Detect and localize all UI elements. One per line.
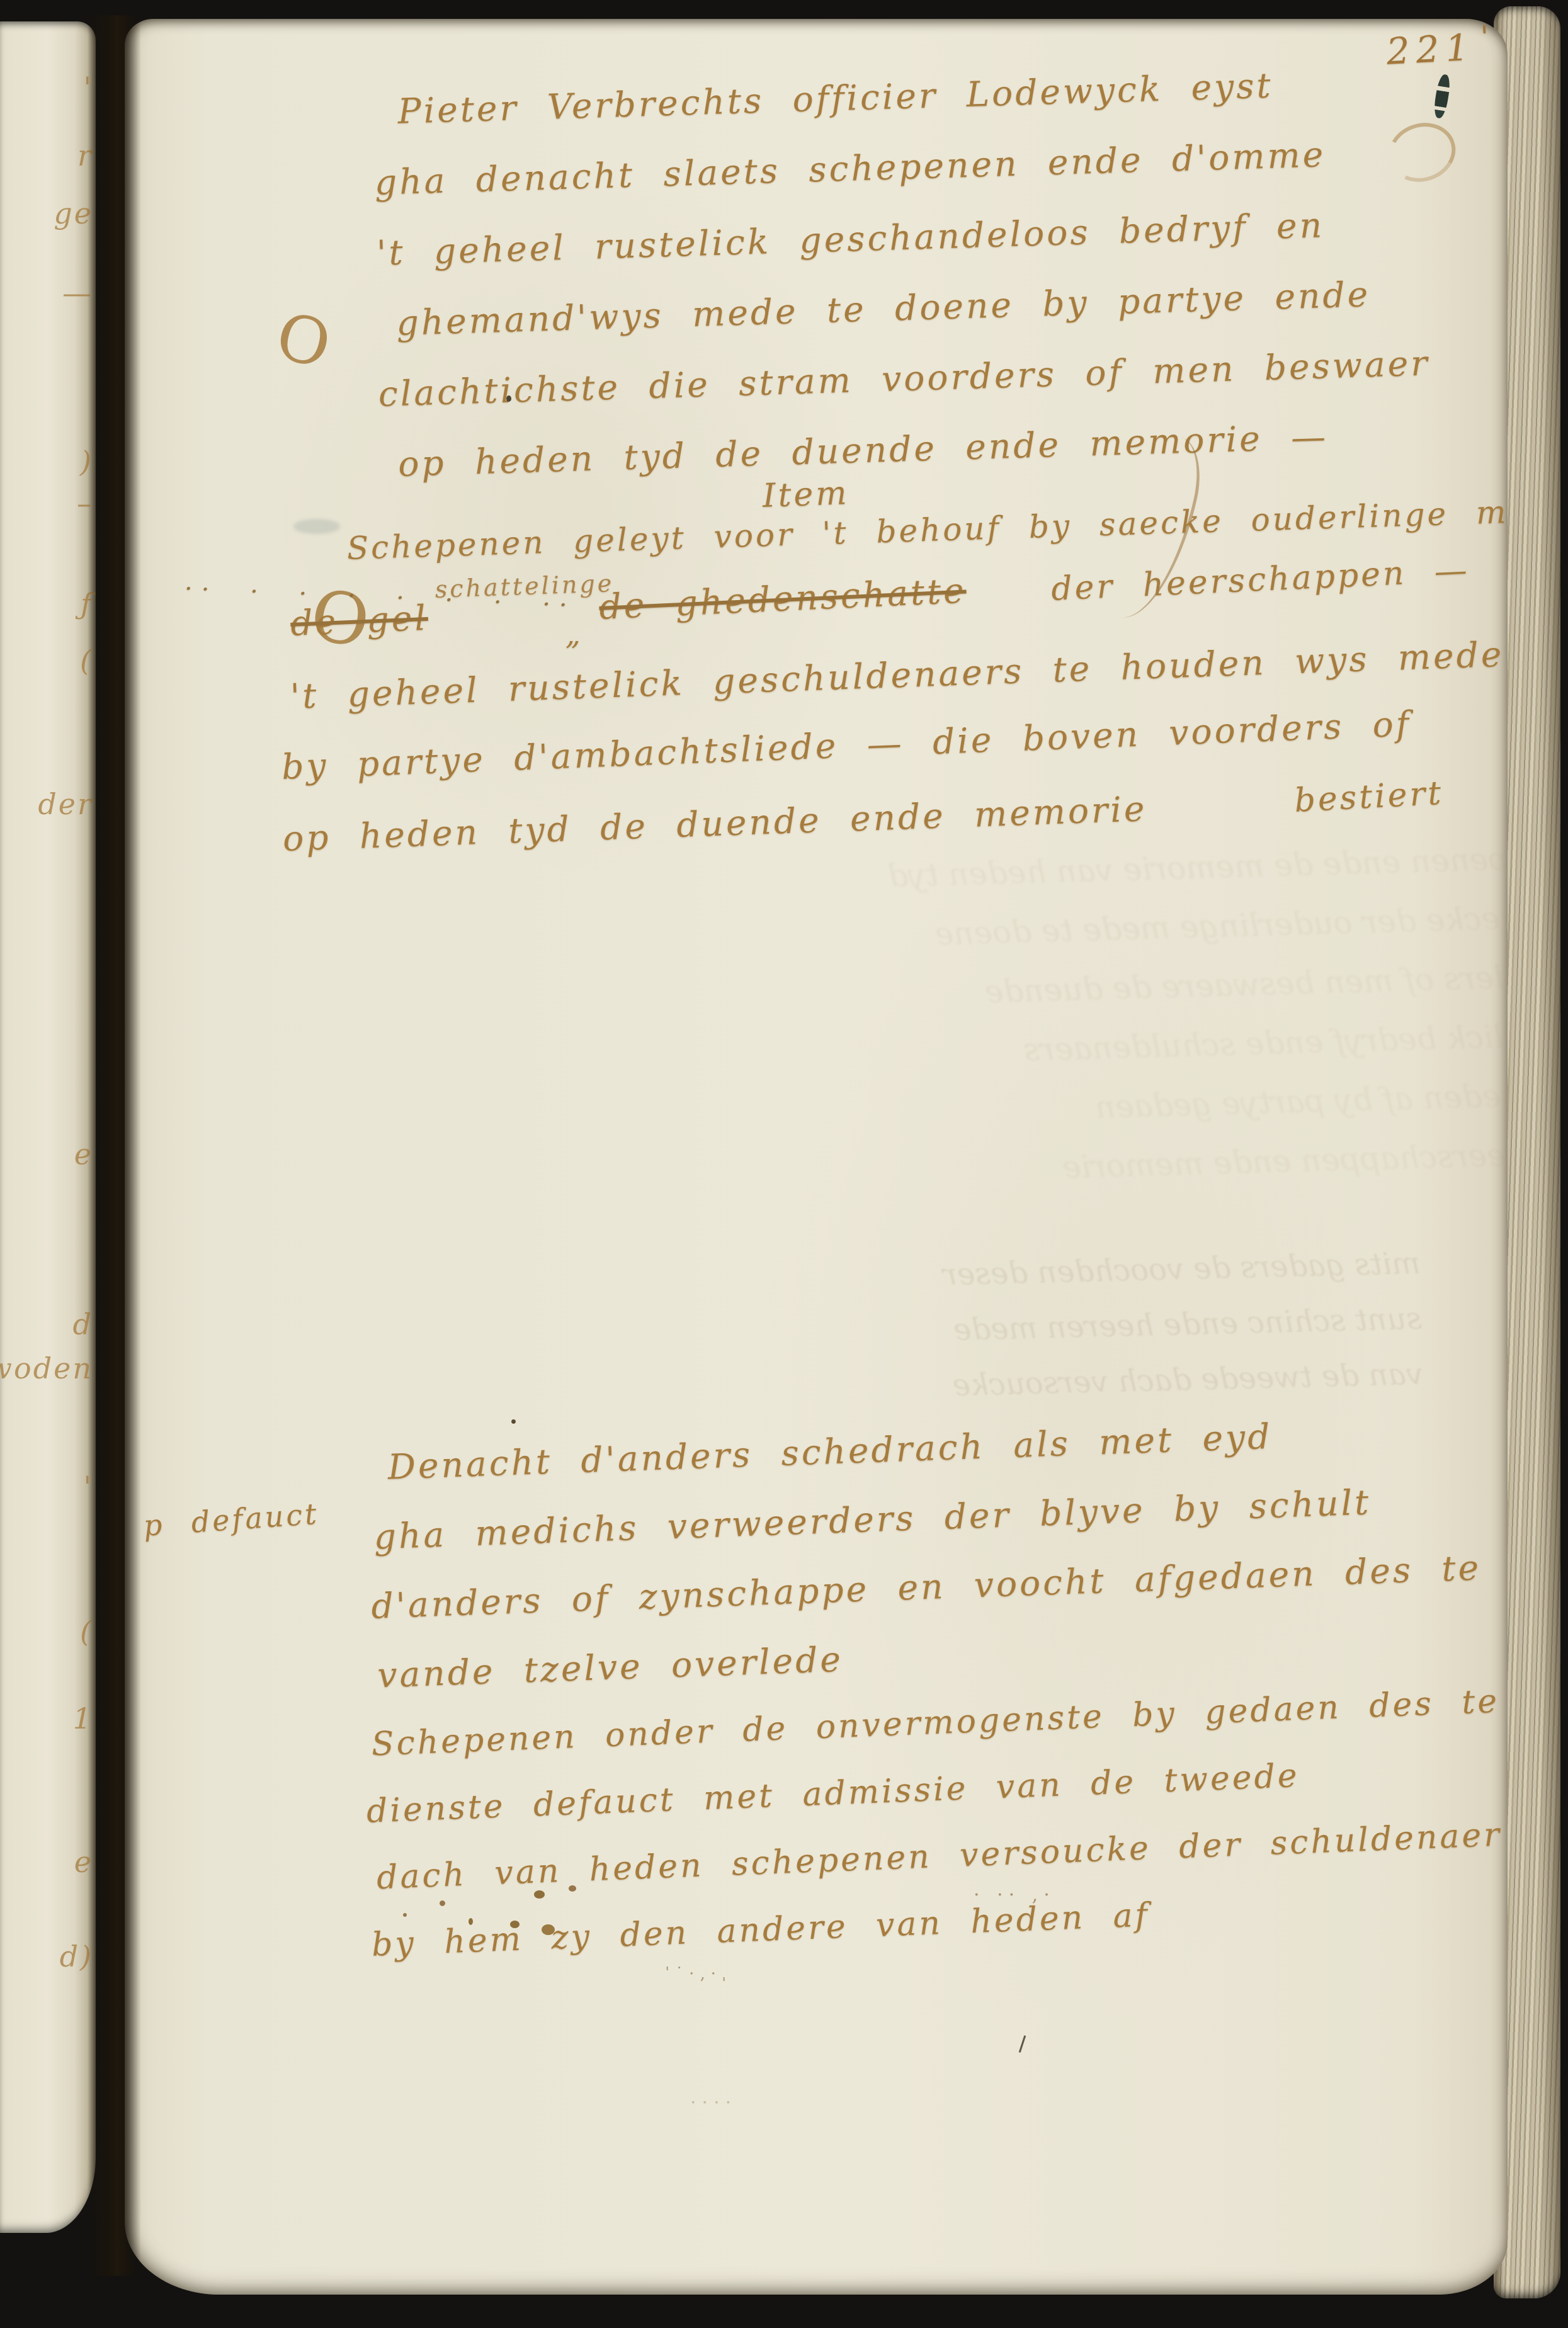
book-photograph: ' r ge — ) – ƒ ( der e d woden ' ( 1 e d…: [0, 0, 1568, 2328]
adjacent-page-edge: ' r ge — ) – ƒ ( der e d woden ' ( 1 e d…: [0, 21, 96, 2233]
ink-stain: [542, 1924, 555, 1935]
handwritten-line: by partye d'ambachtsliede — die boven vo…: [281, 703, 1412, 787]
ink-stain: [534, 1890, 545, 1899]
margin-mark-o: O: [269, 298, 338, 384]
paragraph-1: Pieter Verbrechts officier Lodewyck eyst…: [372, 46, 1433, 500]
struck-through-text: de ghedenschatte: [598, 571, 967, 627]
struck-through-text: de gel: [290, 598, 429, 644]
insertion-caret: „: [565, 617, 583, 651]
show-through-text: mits gaders de voochden deser sunt schin…: [601, 1235, 1424, 1422]
ink-speck: [511, 1419, 516, 1424]
item-heading: Item: [762, 474, 850, 515]
handwritten-word: bestiert: [1293, 775, 1445, 820]
binding-gutter-shadow: [87, 15, 141, 2276]
adjacent-page-text-fragment: woden: [0, 1351, 93, 1385]
ink-speck-faint: ····: [690, 2092, 737, 2114]
show-through-text: schepenen ende de memorie van heden tyd …: [472, 827, 1508, 1213]
ink-speck: [440, 1900, 445, 1906]
ink-blot: [1433, 74, 1452, 119]
manuscript-page: 221' schepenen ende de memorie van heden…: [125, 19, 1508, 2295]
ink-speck: [506, 395, 511, 402]
handwritten-line: 't geheel rustelick geschuldenaers te ho…: [290, 634, 1504, 717]
ink-speck: [403, 1913, 407, 1917]
paragraph-4: Schepenen onder de onvermogenste by geda…: [363, 1668, 1508, 1979]
ink-speck-trail: · ·· ,·: [974, 1884, 1055, 1906]
grey-smudge-stain: [293, 519, 340, 534]
ink-stain: [510, 1921, 520, 1928]
ink-speck: [469, 1918, 473, 1925]
ink-speck-cluster: ˈ˙·‚·ˌ: [665, 1965, 732, 1984]
interlinear-insertion: schattelinge: [435, 569, 615, 603]
paragraph-3: Denacht d'anders schedrach als met eyd g…: [365, 1394, 1485, 1710]
adjacent-page-text-fragment: der: [38, 787, 93, 821]
page-number-tick: ': [1480, 19, 1496, 54]
handwritten-line: Schepenen geleyt voor 't behouf by saeck…: [346, 492, 1508, 567]
margin-note: p defauct: [142, 1497, 320, 1543]
ink-stain: [569, 1885, 576, 1892]
